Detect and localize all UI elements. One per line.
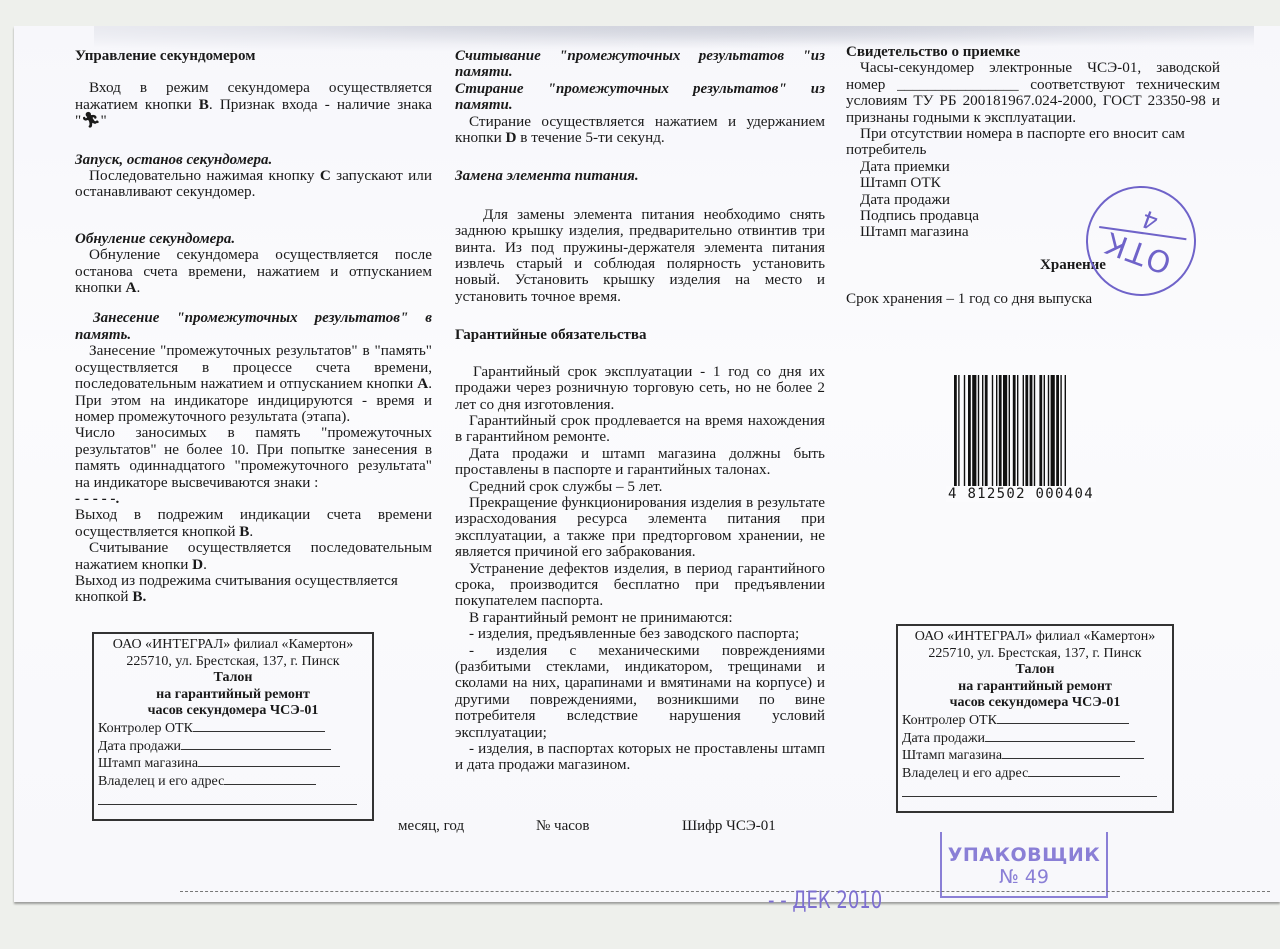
label-month-year: месяц, год — [398, 818, 464, 835]
consumer-note: При отсутствии номера в паспорте его вно… — [846, 126, 1220, 159]
memory-overflow-signs: - - - - -. — [75, 491, 432, 507]
memory-paragraph-5: Выход из подрежима считывания осуществля… — [75, 573, 432, 606]
memory-paragraph-4: Считывание осуществляется последовательн… — [75, 540, 432, 573]
warranty-paragraph: - изделия с механическими повреждениями … — [455, 643, 825, 741]
coupon-address: 225710, ул. Брестская, 137, г. Пинск — [98, 654, 368, 671]
coupon-title: Талон — [98, 670, 368, 687]
coupon-field-sale-date[interactable]: Дата продажи — [98, 738, 368, 756]
barcode — [952, 375, 1112, 500]
memory-paragraph-3: Выход в подрежим индикации счета времени… — [75, 507, 432, 540]
section-title-stopwatch-control: Управление секундомером — [75, 48, 432, 64]
label-cipher: Шифр ЧСЭ-01 — [682, 818, 776, 835]
heading-reset: Обнуление секундомера. — [75, 231, 432, 247]
acceptance-paragraph: Часы-секундомер электронные ЧСЭ-01, заво… — [846, 60, 1220, 126]
coupon-field-sale-date[interactable]: Дата продажи — [902, 730, 1168, 748]
warranty-coupon-right: ОАО «ИНТЕГРАЛ» филиал «Камертон» 225710,… — [896, 624, 1174, 813]
erase-paragraph: Стирание осуществляется нажатием и удерж… — [455, 114, 825, 147]
otk-stamp-number: 4 — [1138, 204, 1162, 236]
heading-battery: Замена элемента питания. — [455, 168, 825, 184]
coupon-org: ОАО «ИНТЕГРАЛ» филиал «Камертон» — [98, 637, 368, 654]
warranty-paragraph: Устранение дефектов изделия, в период га… — [455, 561, 825, 610]
storage-text: Срок хранения – 1 год со дня выпуска — [846, 291, 1220, 307]
heading-memory: Занесение "промежуточных результатов" в … — [75, 310, 432, 343]
coupon-address: 225710, ул. Брестская, 137, г. Пинск — [902, 646, 1168, 663]
heading-erase-memory: Стирание "промежуточных результатов" из … — [455, 81, 825, 114]
coupon-org: ОАО «ИНТЕГРАЛ» филиал «Камертон» — [902, 629, 1168, 646]
coupon-field-owner-address[interactable]: Владелец и его адрес — [902, 765, 1168, 783]
coupon-field-owner-address[interactable]: Владелец и его адрес — [98, 773, 368, 791]
stopwatch-entry-paragraph: Вход в режим секундомера осуществляется … — [75, 80, 432, 129]
date-stamp: - - ДЕК 2010 — [768, 886, 882, 914]
reset-paragraph: Обнуление секундомера осуществляется пос… — [75, 247, 432, 296]
warranty-paragraph: - изделия, в паспортах которых не проста… — [455, 741, 825, 774]
warranty-paragraph: Средний срок службы – 5 лет. — [455, 479, 825, 495]
start-stop-paragraph: Последовательно нажимая кнопку C запуска… — [75, 168, 432, 201]
label-watch-number: № часов — [536, 818, 590, 835]
coupon-field-shop-stamp[interactable]: Штамп магазина — [902, 747, 1168, 765]
memory-paragraph-1: Занесение "промежуточных результатов" в … — [75, 343, 432, 425]
running-man-icon: 🏃︎ — [81, 112, 100, 129]
coupon-title: Талон — [902, 662, 1168, 679]
warranty-coupon-left: ОАО «ИНТЕГРАЛ» филиал «Камертон» 225710,… — [92, 632, 374, 821]
heading-read-memory: Считывание "промежуточных результатов "и… — [455, 48, 825, 81]
coupon-blank-line[interactable] — [98, 790, 357, 805]
coupon-field-controller[interactable]: Контролер ОТК — [902, 712, 1168, 730]
cut-line — [180, 891, 1270, 892]
warranty-paragraphs: Гарантийный срок эксплуатации - 1 год со… — [455, 364, 825, 774]
barcode-number: 4 812502 000404 — [946, 486, 1096, 502]
coupon-field-shop-stamp[interactable]: Штамп магазина — [98, 755, 368, 773]
coupon-subtitle-1: на гарантийный ремонт — [902, 679, 1168, 696]
coupon-blank-line[interactable] — [902, 782, 1157, 797]
memory-paragraph-2: Число заносимых в память "промежуточных … — [75, 425, 432, 491]
acceptance-field: Штамп ОТК — [860, 175, 1220, 191]
memory-and-warranty-column: Считывание "промежуточных результатов "и… — [455, 48, 825, 774]
warranty-paragraph: Гарантийный срок эксплуатации - 1 год со… — [455, 364, 825, 413]
warranty-paragraph: - изделия, предъявленные без заводского … — [455, 626, 825, 642]
heading-start-stop: Запуск, останов секундомера. — [75, 152, 432, 168]
battery-paragraph: Для замены элемента питания необходимо с… — [455, 207, 825, 305]
acceptance-field: Дата приемки — [860, 159, 1220, 175]
stopwatch-control-column: Управление секундомером Вход в режим сек… — [75, 48, 432, 606]
warranty-paragraph: Гарантийный срок продлевается на время н… — [455, 413, 825, 446]
coupon-subtitle-2: часов секундомера ЧСЭ-01 — [902, 695, 1168, 712]
warranty-paragraph: В гарантийный ремонт не принимаются: — [455, 610, 825, 626]
warranty-paragraph: Прекращение функционирования изделия в р… — [455, 495, 825, 561]
heading-warranty: Гарантийные обязательства — [455, 327, 825, 343]
coupon-subtitle-2: часов секундомера ЧСЭ-01 — [98, 703, 368, 720]
packer-stamp: УПАКОВЩИК № 49 — [940, 832, 1108, 898]
coupon-field-controller[interactable]: Контролер ОТК — [98, 720, 368, 738]
coupon-subtitle-1: на гарантийный ремонт — [98, 687, 368, 704]
warranty-paragraph: Дата продажи и штамп магазина должны быт… — [455, 446, 825, 479]
heading-acceptance: Свидетельство о приемке — [846, 44, 1220, 60]
key-label: B — [199, 96, 209, 113]
